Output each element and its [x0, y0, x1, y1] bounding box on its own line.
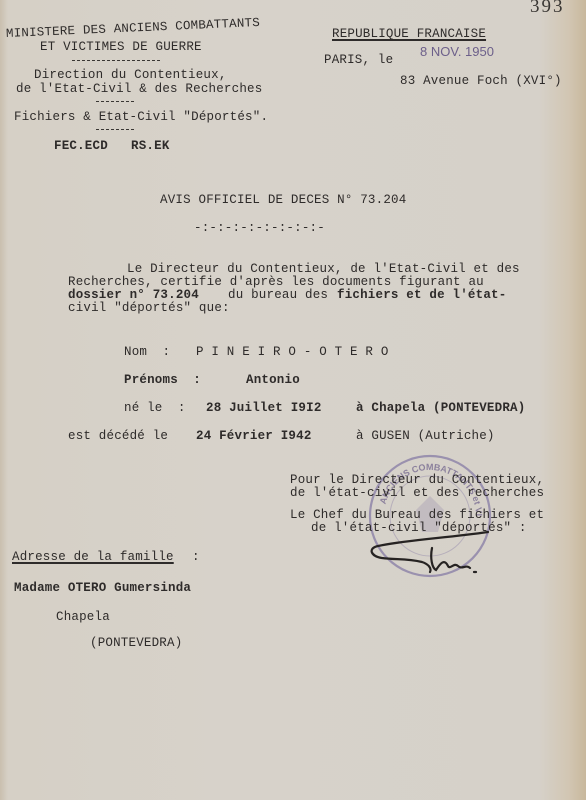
page-number: 393 [530, 0, 565, 14]
header-divider-1 [72, 60, 160, 61]
reference-code: FEC.ECD RS.EK [54, 139, 170, 153]
death-date: 24 Février I942 [196, 429, 312, 443]
signature-line-2: de l'état-civil et des recherches [290, 486, 544, 500]
family-province: (PONTEVEDRA) [90, 636, 182, 650]
direction-line-1: Direction du Contentieux, [34, 68, 227, 82]
death-label: est décédé le [68, 429, 168, 443]
notice-title: AVIS OFFICIEL DE DECES N° 73.204 [160, 193, 406, 207]
family-town: Chapela [56, 610, 110, 624]
surname-label: Nom : [124, 345, 170, 359]
body-line-3: du bureau des [228, 288, 328, 302]
ministry-line-2: ET VICTIMES DE GUERRE [40, 40, 202, 54]
first-name-label: Prénoms : [124, 373, 201, 387]
surname-value: P I N E I R O - O T E R O [196, 345, 389, 359]
family-address-label: Adresse de la famille [12, 550, 174, 564]
birth-label: né le : [124, 401, 186, 415]
signature-line-3: Le Chef du Bureau des fichiers et [290, 508, 544, 522]
family-address-colon: : [192, 550, 200, 564]
header-divider-3 [96, 129, 134, 130]
body-line-1: Le Directeur du Contentieux, de l'Etat-C… [127, 262, 520, 276]
birth-date: 28 Juillet I9I2 [206, 401, 322, 415]
header-divider-2 [96, 101, 134, 102]
death-place: à GUSEN (Autriche) [356, 429, 495, 443]
republic-heading: REPUBLIQUE FRANCAISE [332, 27, 486, 41]
office-address: 83 Avenue Foch (XVI°) [400, 74, 562, 88]
body-line-4: civil "déportés" que: [68, 301, 230, 315]
birth-place: à Chapela (PONTEVEDRA) [356, 401, 525, 415]
handwritten-signature-icon [366, 528, 496, 578]
ministry-line-1: MINISTERE DES ANCIENS COMBATTANTS [6, 16, 261, 41]
document-page: 393 MINISTERE DES ANCIENS COMBATTANTS ET… [0, 0, 586, 800]
title-separator: -:-:-:-:-:-:-:-:- [194, 221, 325, 235]
place-prefix: PARIS, le [324, 53, 393, 67]
body-dossier-number: dossier n° 73.204 [68, 288, 199, 302]
body-line-2: Recherches, certifie d'après les documen… [68, 275, 484, 289]
date-stamp: 8 NOV. 1950 [420, 45, 494, 59]
body-bureau-name: fichiers et de l'état- [337, 288, 506, 302]
signature-line-1: Pour le Directeur du Contentieux, [290, 473, 544, 487]
service-line: Fichiers & Etat-Civil "Déportés". [14, 110, 268, 124]
direction-line-2: de l'Etat-Civil & des Recherches [16, 82, 262, 96]
family-contact-name: Madame OTERO Gumersinda [14, 581, 191, 595]
first-name-value: Antonio [246, 373, 300, 387]
